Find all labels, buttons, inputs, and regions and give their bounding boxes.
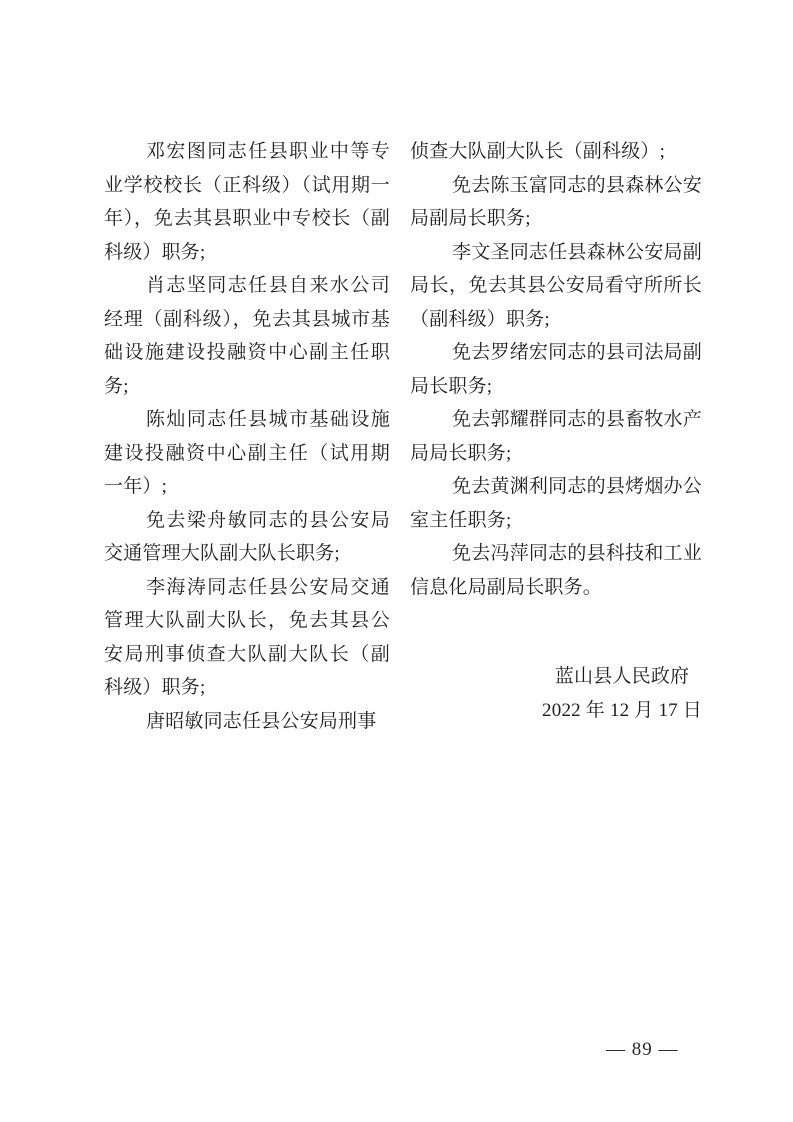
paragraph-dismissal: 免去冯萍同志的县科技和工业信息化局副局长职务。	[410, 537, 702, 604]
paragraph-appointment: 肖志坚同志任县自来水公司经理（副科级），免去其县城市基础设施建设投融资中心副主任…	[104, 269, 390, 403]
paragraph-dismissal: 免去郭耀群同志的县畜牧水产局局长职务;	[410, 403, 702, 470]
document-page: 邓宏图同志任县职业中等专业学校校长（正科级）（试用期一年），免去其县职业中专校长…	[0, 0, 793, 1122]
paragraph-dismissal: 免去梁舟敏同志的县公安局交通管理大队副大队长职务;	[104, 504, 390, 571]
paragraph-appointment: 陈灿同志任县城市基础设施建设投融资中心副主任（试用期一年）;	[104, 403, 390, 504]
signature-organization: 蓝山县人民政府	[542, 660, 702, 694]
paragraph-continuation: 侦查大队副大队长（副科级）;	[410, 135, 702, 169]
paragraph-dismissal: 免去黄渊利同志的县烤烟办公室主任职务;	[410, 470, 702, 537]
paragraph-appointment: 李海涛同志任县公安局交通管理大队副大队长，免去其县公安局刑事侦查大队副大队长（副…	[104, 571, 390, 705]
left-column: 邓宏图同志任县职业中等专业学校校长（正科级）（试用期一年），免去其县职业中专校长…	[104, 135, 390, 738]
page-number: — 89 —	[606, 1036, 679, 1064]
signature-inner: 蓝山县人民政府 2022 年 12 月 17 日	[542, 660, 702, 727]
paragraph-appointment-start: 唐昭敏同志任县公安局刑事	[104, 705, 390, 739]
right-column: 侦查大队副大队长（副科级）; 免去陈玉富同志的县森林公安局副局长职务; 李文圣同…	[410, 135, 702, 738]
paragraph-dismissal: 免去陈玉富同志的县森林公安局副局长职务;	[410, 169, 702, 236]
signature-date: 2022 年 12 月 17 日	[542, 694, 702, 728]
signature-block: 蓝山县人民政府 2022 年 12 月 17 日	[410, 660, 702, 727]
paragraph-appointment: 邓宏图同志任县职业中等专业学校校长（正科级）（试用期一年），免去其县职业中专校长…	[104, 135, 390, 269]
paragraph-dismissal: 免去罗绪宏同志的县司法局副局长职务;	[410, 336, 702, 403]
paragraph-appointment: 李文圣同志任县森林公安局副局长，免去其县公安局看守所所长（副科级）职务;	[410, 236, 702, 337]
text-columns: 邓宏图同志任县职业中等专业学校校长（正科级）（试用期一年），免去其县职业中专校长…	[104, 135, 702, 738]
